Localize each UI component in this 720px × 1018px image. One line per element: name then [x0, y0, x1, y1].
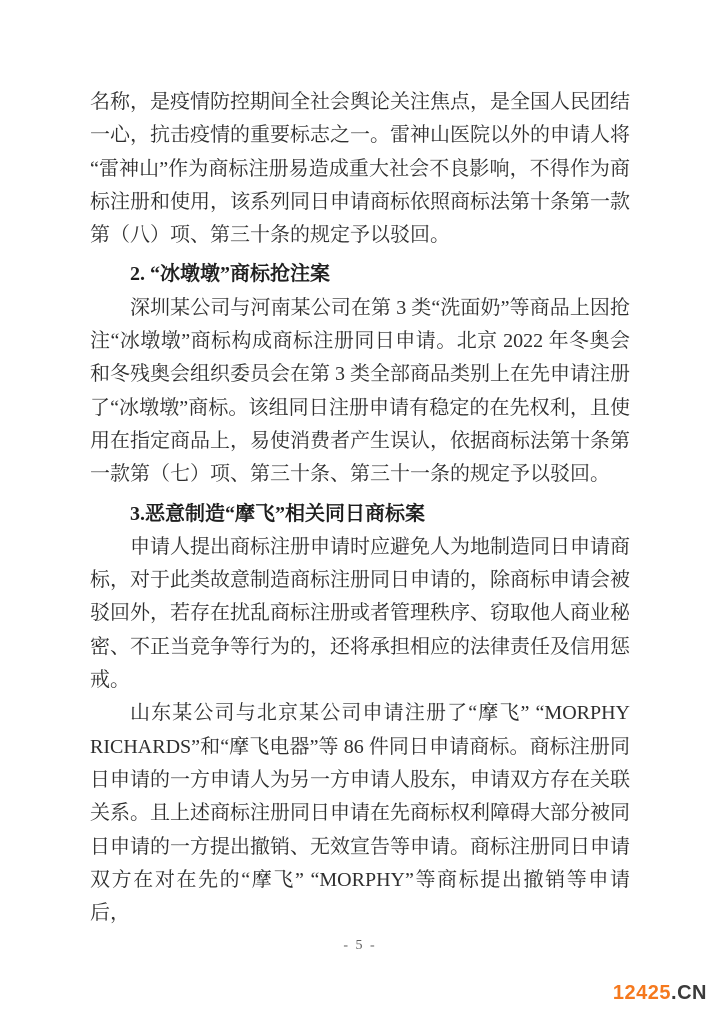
watermark-site-number: 12425 — [613, 982, 671, 1004]
heading-morphy-case: 3.恶意制造“摩飞”相关同日商标案 — [90, 498, 630, 531]
paragraph-morphy-rules: 申请人提出商标注册申请时应避免人为地制造同日申请商标，对于此类故意制造商标注册同… — [90, 531, 630, 697]
heading-bingdundun-case: 2. “冰墩墩”商标抢注案 — [90, 258, 630, 291]
document-body: 名称，是疫情防控期间全社会舆论关注焦点，是全国人民团结一心，抗击疫情的重要标志之… — [90, 86, 630, 930]
paragraph-leishenshan-continued: 名称，是疫情防控期间全社会舆论关注焦点，是全国人民团结一心，抗击疫情的重要标志之… — [90, 86, 630, 252]
watermark-12425cn: 12425.CN — [613, 983, 707, 1003]
page-number: - 5 - — [0, 938, 720, 954]
paragraph-bingdundun-case: 深圳某公司与河南某公司在第 3 类“洗面奶”等商品上因抢注“冰墩墩”商标构成商标… — [90, 292, 630, 492]
watermark-tld: .CN — [671, 982, 707, 1004]
paragraph-morphy-details: 山东某公司与北京某公司申请注册了“摩飞” “MORPHY RICHARDS”和“… — [90, 697, 630, 930]
document-page: 名称，是疫情防控期间全社会舆论关注焦点，是全国人民团结一心，抗击疫情的重要标志之… — [0, 0, 720, 1018]
